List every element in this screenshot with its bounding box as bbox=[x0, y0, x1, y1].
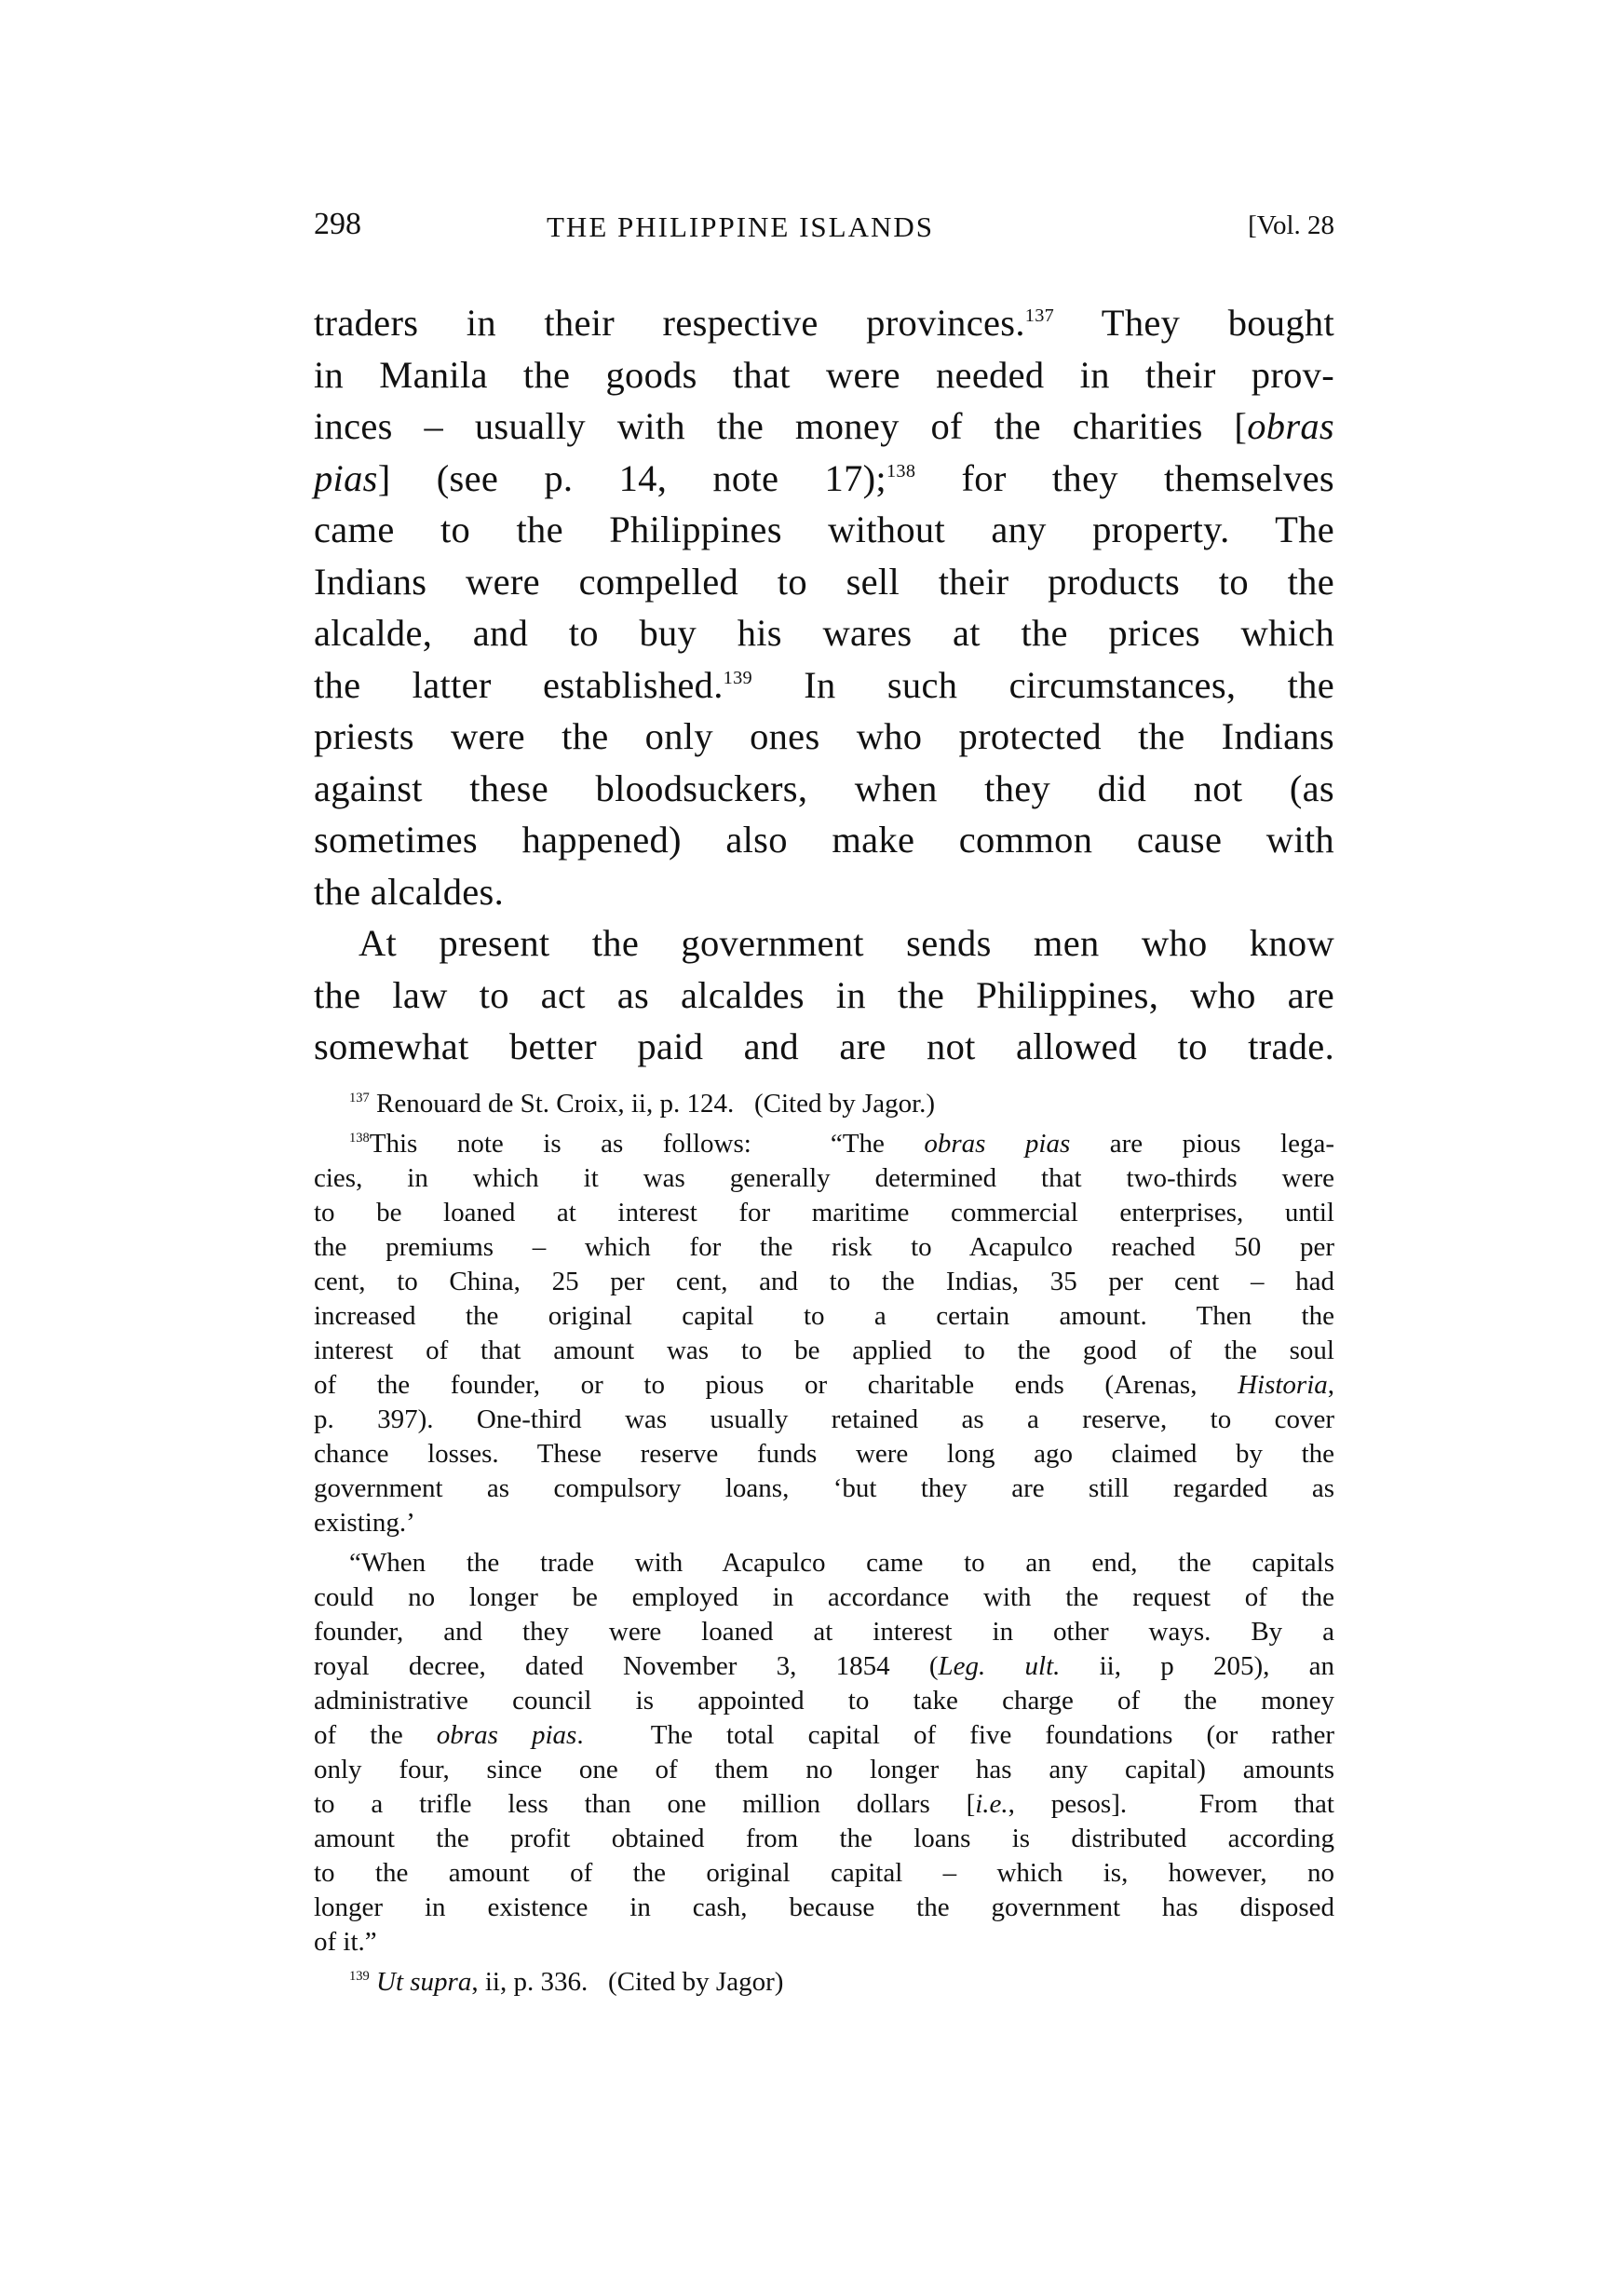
body-line: Indians were compelled to sell their pro… bbox=[314, 559, 1334, 605]
footnote-line: longer in existence in cash, because the… bbox=[314, 1891, 1334, 1925]
body-line: somewhat better paid and are not allowed… bbox=[314, 1024, 1334, 1070]
running-title: THE PHILIPPINE ISLANDS bbox=[547, 210, 934, 244]
footnote-number: 137 bbox=[349, 1091, 370, 1105]
footnote-line: to a trifle less than one million dollar… bbox=[314, 1787, 1334, 1822]
body-line: in Manila the goods that were needed in … bbox=[314, 352, 1334, 399]
body-line: priests were the only ones who protected… bbox=[314, 713, 1334, 760]
body-line: the law to act as alcaldes in the Philip… bbox=[314, 972, 1334, 1019]
footnote-line: of the founder, or to pious or charitabl… bbox=[314, 1368, 1334, 1403]
footnote-137: 137 Renouard de St. Croix, ii, p. 124. (… bbox=[349, 1087, 1334, 1121]
footnote-line: could no longer be employed in accordanc… bbox=[314, 1580, 1334, 1615]
footnote-line: cies, in which it was generally determin… bbox=[314, 1161, 1334, 1196]
footnote-line: interest of that amount was to be applie… bbox=[314, 1334, 1334, 1368]
footnote-line: increased the original capital to a cert… bbox=[314, 1299, 1334, 1334]
footnote-line: to be loaned at interest for maritime co… bbox=[314, 1196, 1334, 1230]
body-line: inces – usually with the money of the ch… bbox=[314, 403, 1334, 450]
body-line: sometimes happened) also make common cau… bbox=[314, 817, 1334, 863]
footnote-line: p. 397). One-third was usually retained … bbox=[314, 1403, 1334, 1437]
footnote-139: 139 Ut supra, ii, p. 336. (Cited by Jago… bbox=[349, 1965, 1334, 2000]
footnote-line: existing.’ bbox=[314, 1506, 1334, 1540]
body-line: against these bloodsuckers, when they di… bbox=[314, 766, 1334, 812]
page-number: 298 bbox=[314, 207, 361, 242]
body-line: alcalde, and to buy his wares at the pri… bbox=[314, 610, 1334, 657]
body-line: At present the government sends men who … bbox=[359, 920, 1334, 967]
body-line: came to the Philippines without any prop… bbox=[314, 507, 1334, 553]
footnote-line: of the obras pias. The total capital of … bbox=[314, 1718, 1334, 1753]
volume-label: [Vol. 28 bbox=[1248, 210, 1334, 241]
footnote-line: chance losses. These reserve funds were … bbox=[314, 1437, 1334, 1471]
footnote-line: “When the trade with Acapulco came to an… bbox=[349, 1546, 1334, 1580]
body-line: the latter established.139 In such circu… bbox=[314, 662, 1334, 709]
footnote-line: of it.” bbox=[314, 1925, 1334, 1960]
body-line: pias] (see p. 14, note 17);138 for they … bbox=[314, 455, 1334, 502]
footnote-number: 139 bbox=[349, 1969, 370, 1984]
body-line: traders in their respective provinces.13… bbox=[314, 300, 1334, 346]
footnote-line: 138This note is as follows: “The obras p… bbox=[349, 1127, 1334, 1161]
footnote-line: cent, to China, 25 per cent, and to the … bbox=[314, 1265, 1334, 1299]
footnote-line: government as compulsory loans, ‘but the… bbox=[314, 1471, 1334, 1506]
footnote-ref[interactable]: 139 bbox=[724, 668, 752, 688]
running-header: 298 THE PHILIPPINE ISLANDS [Vol. 28 bbox=[314, 207, 1334, 253]
footnote-line: only four, since one of them no longer h… bbox=[314, 1753, 1334, 1787]
footnote-ref[interactable]: 137 bbox=[1025, 305, 1054, 326]
footnote-line: founder, and they were loaned at interes… bbox=[314, 1615, 1334, 1649]
footnote-line: amount the profit obtained from the loan… bbox=[314, 1822, 1334, 1856]
footnote-line: royal decree, dated November 3, 1854 (Le… bbox=[314, 1649, 1334, 1684]
body-line: the alcaldes. bbox=[314, 869, 1334, 915]
footnote-line: the premiums – which for the risk to Aca… bbox=[314, 1230, 1334, 1265]
book-page: 298 THE PHILIPPINE ISLANDS [Vol. 28 trad… bbox=[0, 0, 1624, 2292]
footnote-number: 138 bbox=[349, 1131, 370, 1146]
footnote-ref[interactable]: 138 bbox=[886, 461, 915, 481]
footnote-line: to the amount of the original capital – … bbox=[314, 1856, 1334, 1891]
footnote-line: administrative council is appointed to t… bbox=[314, 1684, 1334, 1718]
